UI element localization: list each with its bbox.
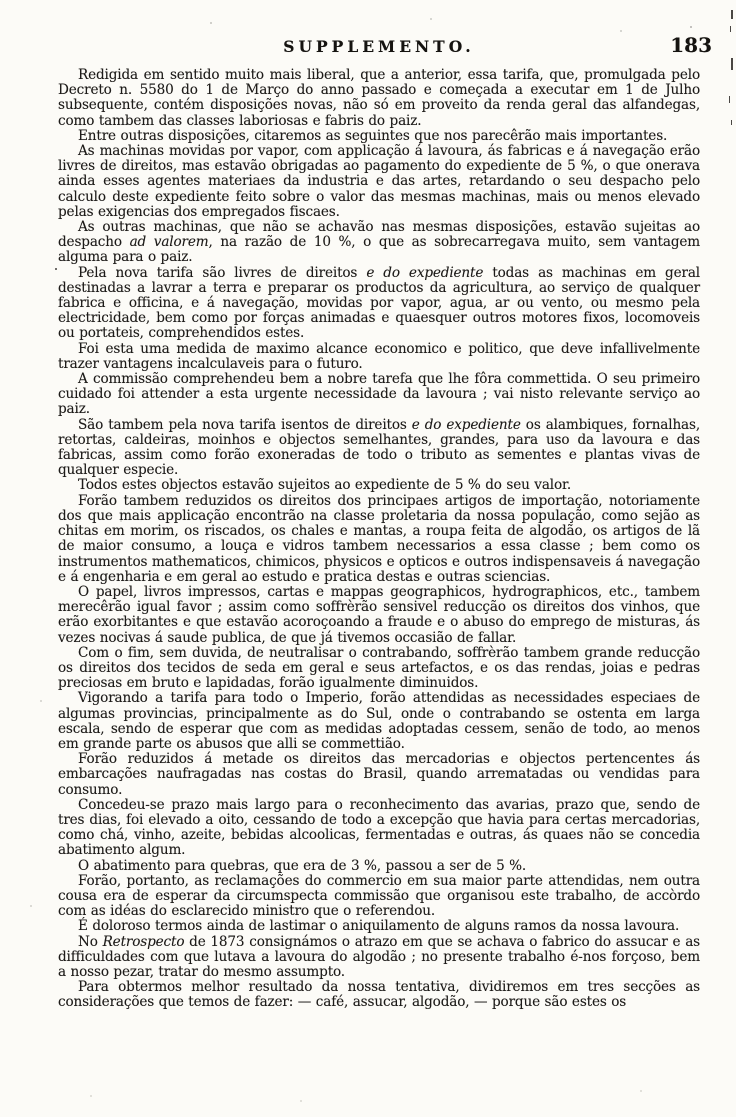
text-segment: A commissão comprehendeu bem a nobre tar…: [58, 371, 700, 417]
paragraph: Todos estes objectos estavão sujeitos ao…: [58, 478, 700, 493]
text-segment: Concedeu-se prazo mais largo para o reco…: [58, 797, 700, 859]
text-segment: Redigida em sentido muito mais liberal, …: [58, 67, 700, 129]
page-body: Redigida em sentido muito mais liberal, …: [58, 68, 700, 1011]
paragraph: Para obtermos melhor resultado da nossa …: [58, 980, 700, 1010]
text-segment: Forão tambem reduzidos os direitos dos p…: [58, 493, 700, 585]
text-segment: Com o fim, sem duvida, de neutralisar o …: [58, 645, 700, 691]
text-segment: Pela nova tarifa são livres de direitos: [78, 265, 366, 281]
italic-text: Retrospecto: [103, 934, 185, 950]
paragraph: Concedeu-se prazo mais largo para o reco…: [58, 798, 700, 859]
paragraph: A commissão comprehendeu bem a nobre tar…: [58, 372, 700, 418]
paragraph: As outras machinas, que não se achavão n…: [58, 220, 700, 266]
paragraph: Vigorando a tarifa para todo o Imperio, …: [58, 691, 700, 752]
text-segment: O papel, livros impressos, cartas e mapp…: [58, 584, 700, 646]
scan-edge-mark: [730, 26, 731, 32]
text-segment: É doloroso termos ainda de lastimar o an…: [78, 918, 679, 934]
text-segment: Foi esta uma medida de maximo alcance ec…: [58, 341, 700, 372]
paragraph: Pela nova tarifa são livres de direitos …: [58, 266, 700, 342]
scan-edge-mark: [731, 58, 733, 70]
paragraph: O papel, livros impressos, cartas e mapp…: [58, 585, 700, 646]
paragraph: São tambem pela nova tarifa isentos de d…: [58, 418, 700, 479]
paragraph: Entre outras disposições, citaremos as s…: [58, 129, 700, 144]
italic-text: ad valorem: [130, 234, 209, 250]
paragraph: As machinas movidas por vapor, com appli…: [58, 144, 700, 220]
text-segment: Para obtermos melhor resultado da nossa …: [58, 979, 700, 1010]
text-segment: O abatimento para quebras, que era de 3 …: [78, 858, 526, 874]
text-segment: No: [78, 934, 103, 950]
italic-text: e do expediente: [366, 265, 483, 281]
text-segment: Entre outras disposições, citaremos as s…: [78, 128, 667, 144]
paragraph: Redigida em sentido muito mais liberal, …: [58, 68, 700, 129]
italic-text: e do expediente: [412, 417, 521, 433]
paragraph: O abatimento para quebras, que era de 3 …: [58, 859, 700, 874]
paragraph: Forão, portanto, as reclamações do comme…: [58, 874, 700, 920]
page-title: SUPPLEMENTO.: [283, 37, 474, 56]
text-segment: Forão, portanto, as reclamações do comme…: [58, 873, 700, 919]
scan-edge-mark: [731, 10, 733, 19]
paragraph: É doloroso termos ainda de lastimar o an…: [58, 919, 700, 934]
text-segment: Vigorando a tarifa para todo o Imperio, …: [58, 690, 700, 752]
scan-edge-mark: [729, 96, 730, 103]
scan-edge-mark: [731, 120, 732, 125]
page-header: SUPPLEMENTO.: [58, 37, 700, 56]
paragraph: No Retrospecto de 1873 consignámos o atr…: [58, 935, 700, 981]
scan-noise-specks: [0, 0, 2, 2]
paragraph: Forão tambem reduzidos os direitos dos p…: [58, 494, 700, 585]
paragraph: Foi esta uma medida de maximo alcance ec…: [58, 342, 700, 372]
text-segment: Forão reduzidos á metade os direitos das…: [58, 751, 700, 797]
page-number: 183: [670, 33, 712, 57]
text-segment: As machinas movidas por vapor, com appli…: [58, 143, 700, 220]
document-page: SUPPLEMENTO. 183 Redigida em sentido mui…: [0, 0, 736, 1117]
paragraph: Forão reduzidos á metade os direitos das…: [58, 752, 700, 798]
paragraph: Com o fim, sem duvida, de neutralisar o …: [58, 646, 700, 692]
text-segment: São tambem pela nova tarifa isentos de d…: [78, 417, 412, 433]
text-segment: Todos estes objectos estavão sujeitos ao…: [78, 477, 571, 493]
